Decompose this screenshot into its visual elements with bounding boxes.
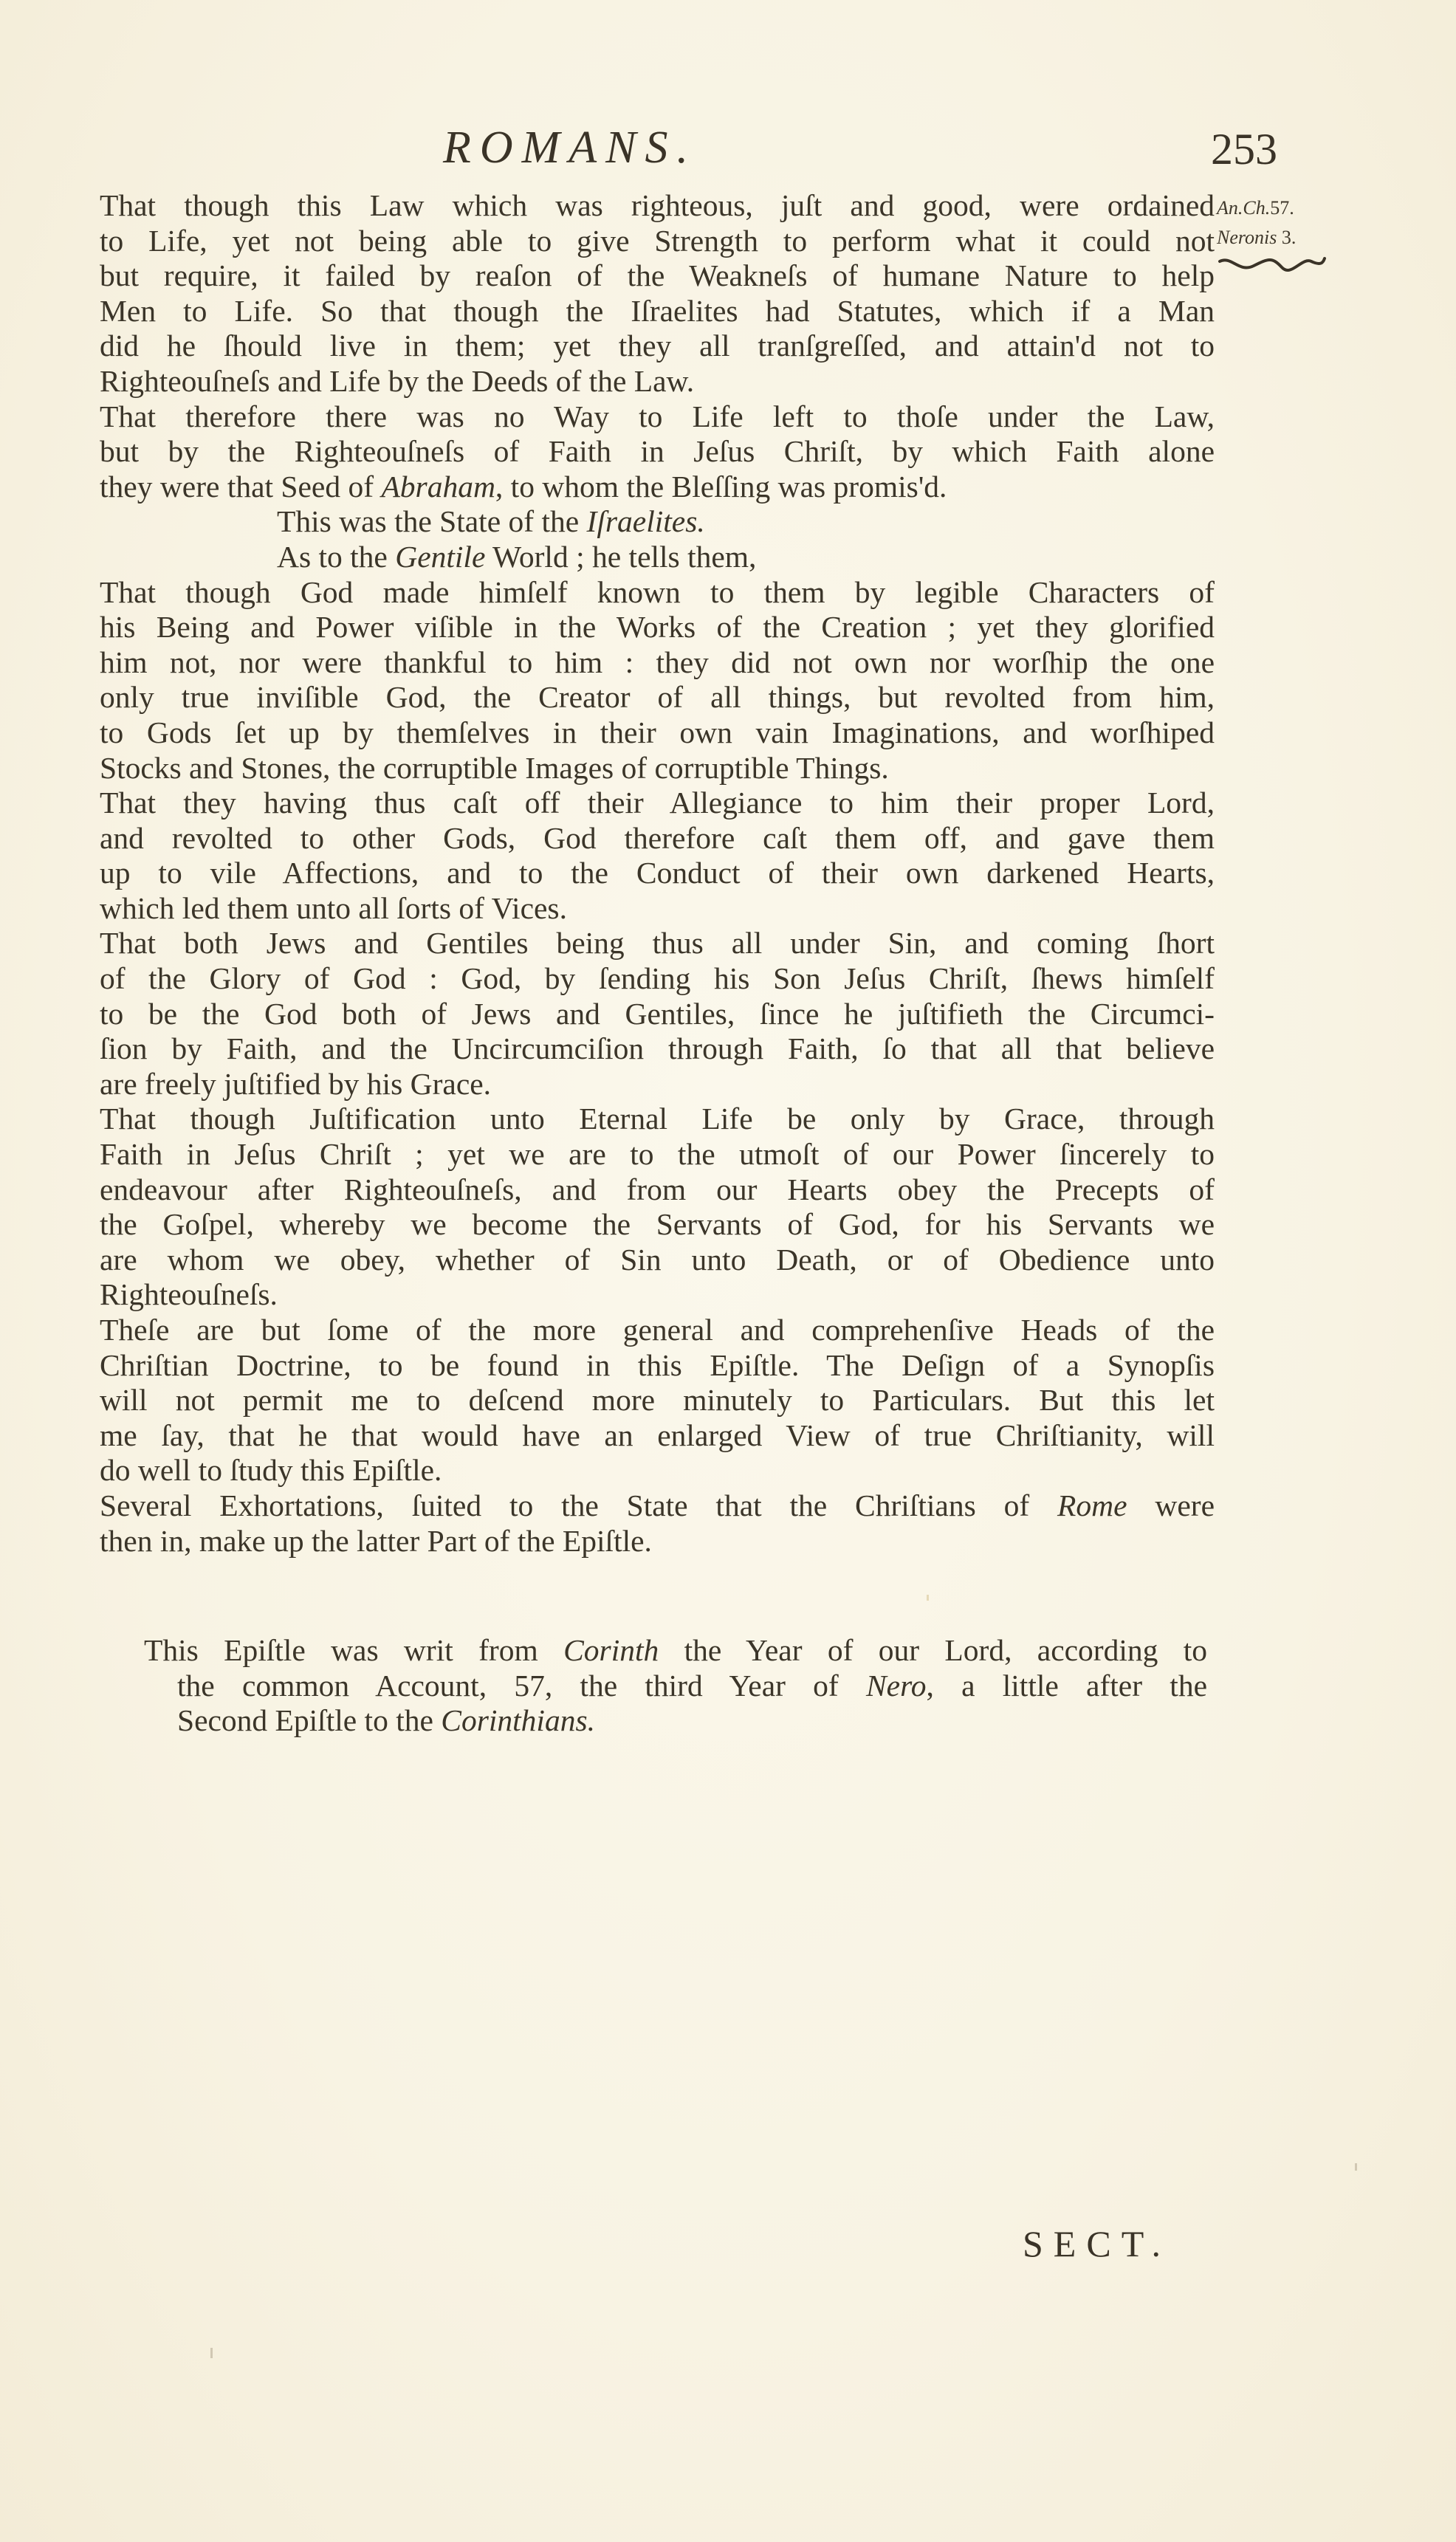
text-line: That both Jews and Gentiles being thus a…	[100, 926, 1215, 961]
paragraph-under-sin: That both Jews and Gentiles being thus a…	[100, 926, 1215, 1102]
text-segment: , to whom the Bleſſing was promis'd.	[495, 470, 947, 504]
running-head: ROMANS. 253	[0, 118, 1456, 177]
text-line: are freely juſtified by his Grace.	[100, 1067, 1215, 1102]
text-line: Righteouſneſs and Life by the Deeds of t…	[100, 364, 1215, 399]
text-segment: This Epiſtle was writ from	[144, 1633, 563, 1667]
paragraph-no-way-to-life: That therefore there was no Way to Life …	[100, 399, 1215, 505]
flourish-ornament-icon	[1217, 254, 1328, 275]
body-text: That though this Law which was righteous…	[100, 188, 1215, 1559]
text-segment: were	[1127, 1488, 1215, 1522]
paragraph-gentile-idolatry: That though God made himſelf known to th…	[100, 575, 1215, 786]
paragraph-exhortations: Several Exhortations, ſuited to the Stat…	[100, 1488, 1215, 1559]
paragraph-heads-of-doctrine: Theſe are but ſome of the more general a…	[100, 1313, 1215, 1488]
text-segment: This was the State of the	[277, 504, 587, 538]
text-line: That they having thus caſt off their All…	[100, 786, 1215, 821]
text-line: him not, nor were thankful to him : they…	[100, 645, 1215, 681]
italic-nero: Nero	[866, 1669, 926, 1703]
text-line: Men to Life. So that though the Iſraelit…	[100, 294, 1215, 329]
margin-note-reign-year: 3.	[1282, 227, 1297, 248]
paragraph-justification: That though Juſtification unto Eternal L…	[100, 1102, 1215, 1313]
colophon-line: the common Account, 57, the third Year o…	[144, 1669, 1207, 1704]
paper-speck	[927, 1595, 929, 1601]
text-line: did he ſhould live in them; yet they all…	[100, 329, 1215, 364]
italic-israelites: Iſraelites.	[587, 504, 705, 538]
italic-corinthians: Corinthians.	[441, 1703, 595, 1737]
text-segment: the common Account, 57, the third Year o…	[177, 1669, 866, 1703]
text-line: Several Exhortations, ſuited to the Stat…	[100, 1488, 1215, 1524]
text-segment: As to the	[277, 540, 395, 574]
text-line: then in, make up the latter Part of the …	[100, 1524, 1215, 1559]
text-line: Stocks and Stones, the corruptible Image…	[100, 751, 1215, 786]
italic-rome: Rome	[1057, 1488, 1127, 1522]
paragraph-allegiance: That they having thus caſt off their All…	[100, 786, 1215, 926]
text-segment: Second Epiſtle to the	[177, 1703, 441, 1737]
text-line: Righteouſneſs.	[100, 1277, 1215, 1313]
margin-note-neronis: Neronis	[1217, 227, 1277, 248]
margin-note-year-line: An.Ch.57.	[1217, 193, 1379, 223]
text-line: That though this Law which was righteous…	[100, 188, 1215, 224]
text-line: but by the Righteouſneſs of Faith in Jeſ…	[100, 434, 1215, 470]
book-page: ROMANS. 253 An.Ch.57. Neronis 3. That th…	[0, 0, 1456, 2542]
text-line: to Life, yet not being able to give Stre…	[100, 224, 1215, 259]
colophon-line: This Epiſtle was writ from Corinth the Y…	[144, 1633, 1207, 1669]
text-line: That therefore there was no Way to Life …	[100, 399, 1215, 435]
text-line: of the Glory of God : God, by ſending hi…	[100, 961, 1215, 997]
text-line: are whom we obey, whether of Sin unto De…	[100, 1243, 1215, 1278]
text-segment: , a little after the	[926, 1669, 1207, 1703]
text-line: me ſay, that he that would have an enlar…	[100, 1418, 1215, 1454]
text-segment: they were that Seed of	[100, 470, 381, 504]
text-line: endeavour after Righteouſneſs, and from …	[100, 1172, 1215, 1208]
colophon-line: Second Epiſtle to the Corinthians.	[144, 1703, 1207, 1739]
paper-speck	[210, 2348, 213, 2358]
text-line: do well to ſtudy this Epiſtle.	[100, 1453, 1215, 1488]
text-line: will not permit me to deſcend more minut…	[100, 1383, 1215, 1418]
paper-speck	[1355, 2163, 1357, 2171]
transition-line-gentile: As to the Gentile World ; he tells them,	[100, 540, 1215, 575]
catchword: SECT.	[1023, 2222, 1171, 2265]
text-line: and revolted to other Gods, God therefor…	[100, 821, 1215, 856]
colophon: This Epiſtle was writ from Corinth the Y…	[144, 1633, 1207, 1739]
text-line: which led them unto all ſorts of Vices.	[100, 891, 1215, 927]
text-segment: the Year of our Lord, according to	[659, 1633, 1207, 1667]
text-line: ſion by Faith, and the Uncircumciſion th…	[100, 1031, 1215, 1067]
text-line: Chriſtian Doctrine, to be found in this …	[100, 1348, 1215, 1384]
text-segment: World ; he tells them,	[485, 540, 756, 574]
page-number: 253	[1211, 120, 1277, 179]
text-line: the Goſpel, whereby we become the Servan…	[100, 1207, 1215, 1243]
margin-note-year: 57.	[1270, 197, 1294, 219]
text-line: they were that Seed of Abraham, to whom …	[100, 470, 1215, 505]
text-segment: Several Exhortations, ſuited to the Stat…	[100, 1488, 1057, 1522]
transition-line-israelites: This was the State of the Iſraelites.	[100, 504, 1215, 540]
text-line: to be the God both of Jews and Gentiles,…	[100, 997, 1215, 1032]
margin-note-reign-line: Neronis 3.	[1217, 223, 1379, 253]
italic-name-abraham: Abraham	[381, 470, 495, 504]
margin-note: An.Ch.57. Neronis 3.	[1217, 193, 1379, 275]
text-line: but require, it failed by reaſon of the …	[100, 258, 1215, 294]
text-line: That though Juſtification unto Eternal L…	[100, 1102, 1215, 1137]
text-line: his Being and Power viſible in the Works…	[100, 610, 1215, 645]
text-line: to Gods ſet up by themſelves in their ow…	[100, 715, 1215, 751]
text-line: only true inviſible God, the Creator of …	[100, 680, 1215, 715]
paragraph-law: That though this Law which was righteous…	[100, 188, 1215, 399]
margin-note-anno-christi: An.Ch.	[1217, 197, 1270, 219]
text-line: Theſe are but ſome of the more general a…	[100, 1313, 1215, 1348]
italic-gentile: Gentile	[395, 540, 485, 574]
running-title: ROMANS.	[443, 118, 697, 177]
text-line: That though God made himſelf known to th…	[100, 575, 1215, 611]
text-line: up to vile Affections, and to the Conduc…	[100, 856, 1215, 891]
text-line: Faith in Jeſus Chriſt ; yet we are to th…	[100, 1137, 1215, 1172]
italic-corinth: Corinth	[563, 1633, 659, 1667]
